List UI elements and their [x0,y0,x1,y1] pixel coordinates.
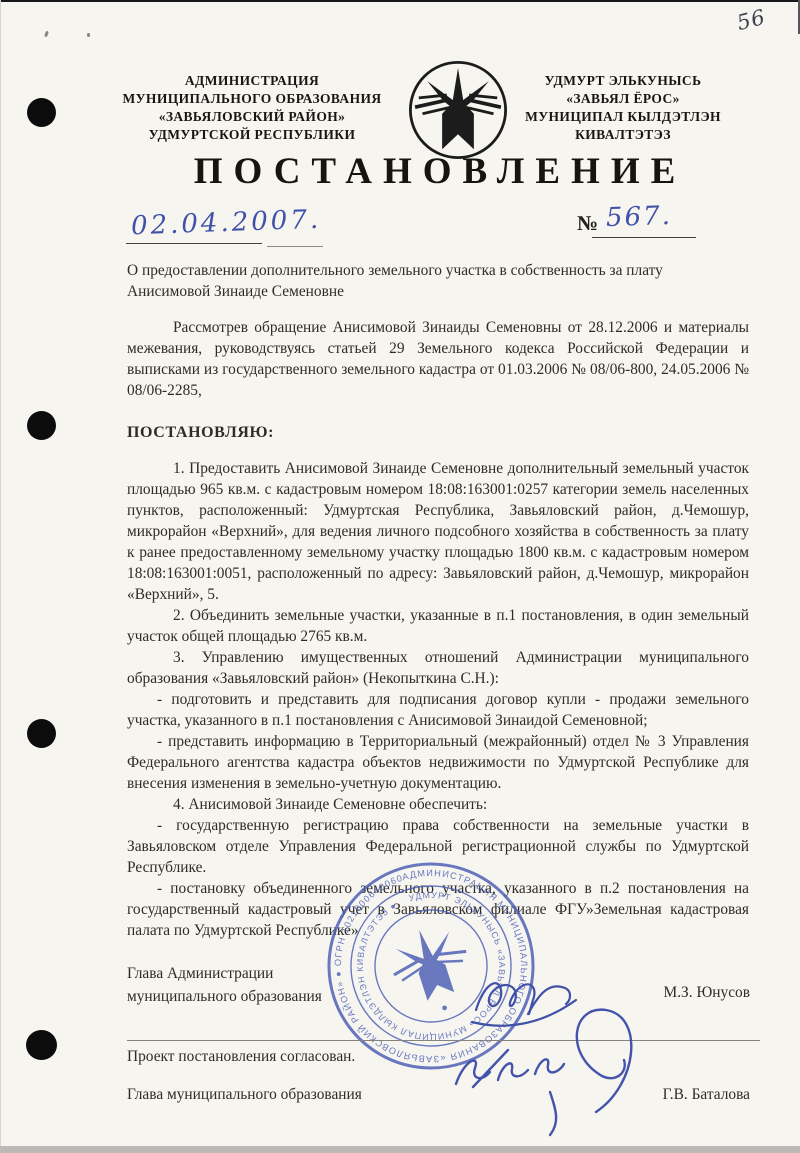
header-line: «ЗАВЬЯЛОВСКИЙ РАЙОН» [106,108,398,126]
header-line: МУНИЦИПАЛ КЫЛДЭТЛЭН [512,108,734,126]
preamble-paragraph: Рассмотрев обращение Анисимовой Зинаиды … [127,317,749,401]
header-line: МУНИЦИПАЛЬНОГО ОБРАЗОВАНИЯ [106,90,398,108]
punch-hole-mark [27,411,56,440]
agree-title: Глава муниципального образования [127,1086,362,1104]
header-line: КИВАЛТЭТЭЗ [512,126,734,144]
approver-title-line: Глава Администрации [127,962,322,985]
scan-edge-left [0,0,1,1153]
body-paragraph: - представить информацию в Территориальн… [127,731,749,794]
scan-edge-top [0,0,800,2]
scan-speck [44,31,49,38]
body-paragraph: 2. Объединить земельные участки, указанн… [127,605,749,647]
header-line: УДМУРТ ЭЛЬКУНЫСЬ [512,72,734,90]
approver-name: М.З. Юнусов [640,984,750,1002]
body-paragraph: 3. Управлению имущественных отношений Ад… [127,647,749,689]
header-line: «ЗАВЬЯЛ ЁРОС» [512,90,734,108]
scanned-resolution-page: 56 АДМИНИСТРАЦИЯ МУНИЦИПАЛЬНОГО ОБРАЗОВА… [0,0,800,1153]
header-line: АДМИНИСТРАЦИЯ [106,72,398,90]
subject-paragraph: О предоставлении дополнительного земельн… [127,260,749,302]
handwritten-date: 02.04.2007. [131,205,322,242]
agreed-note: Проект постановления согласован. [127,1048,355,1066]
header-issuer-russian: АДМИНИСТРАЦИЯ МУНИЦИПАЛЬНОГО ОБРАЗОВАНИЯ… [106,72,398,144]
handwritten-number: 567. [605,201,672,233]
header-line: УДМУРТСКОЙ РЕСПУБЛИКИ [106,126,398,144]
scan-edge-bottom [0,1146,800,1153]
header-issuer-udmurt: УДМУРТ ЭЛЬКУНЫСЬ «ЗАВЬЯЛ ЁРОС» МУНИЦИПАЛ… [512,72,734,144]
handwritten-page-number: 56 [735,5,769,35]
punch-hole-mark [27,719,56,748]
document-body: О предоставлении дополнительного земельн… [127,260,749,941]
punch-hole-mark [27,98,56,127]
resolve-heading: ПОСТАНОВЛЯЮ: [127,422,749,443]
agree-signature [438,992,653,1147]
number-underline [592,237,696,238]
punch-hole-mark [26,1030,57,1060]
scan-speck [87,33,90,37]
approver-title-line: муниципального образования [127,985,322,1008]
body-paragraph: 4. Анисимовой Зинаиде Семеновне обеспечи… [127,794,749,815]
body-paragraph: 1. Предоставить Анисимовой Зинаиде Семен… [127,458,749,605]
approver-title: Глава Администрации муниципального образ… [127,962,322,1008]
agree-name: Г.В. Баталова [640,1086,750,1104]
body-paragraph: - подготовить и представить для подписан… [127,689,749,731]
date-underline-2 [267,246,323,247]
number-sign: № [577,211,598,236]
date-underline [126,243,262,244]
document-title: ПОСТАНОВЛЕНИЕ [127,150,753,193]
